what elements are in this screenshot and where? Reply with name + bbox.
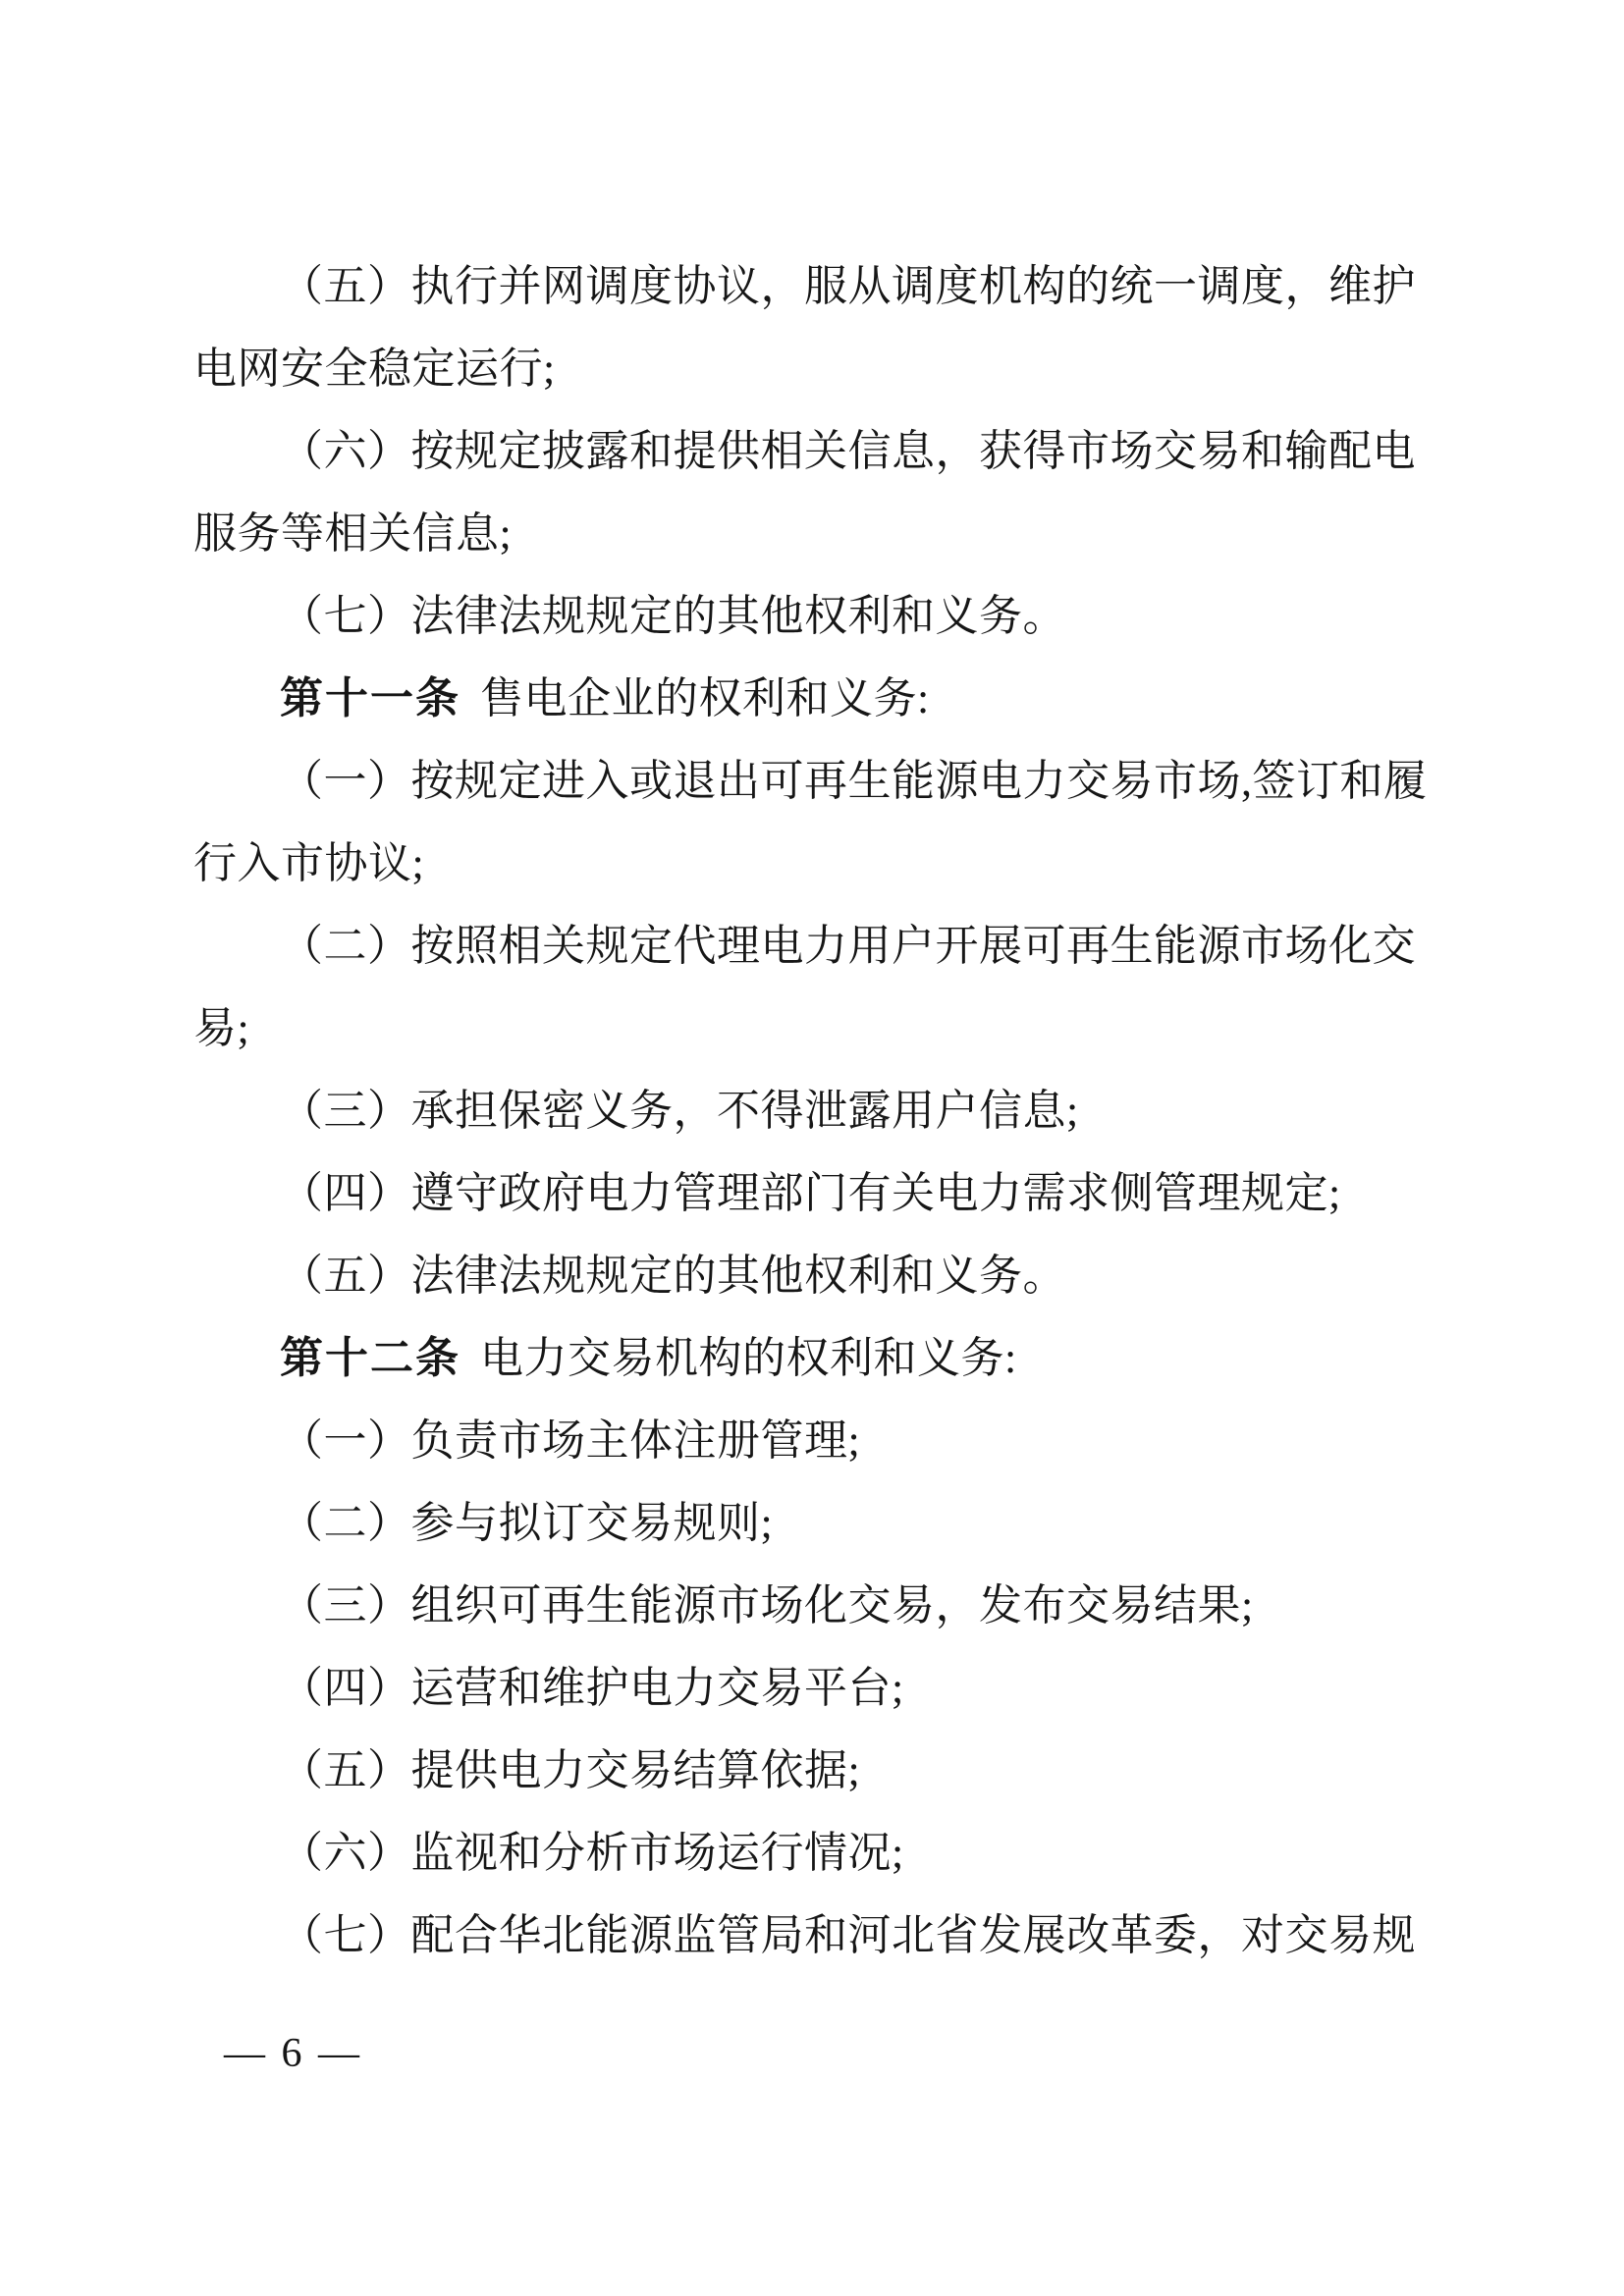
text-line: （六）按规定披露和提供相关信息，获得市场交易和输配电: [193, 410, 1433, 493]
text-line: （二）按照相关规定代理电力用户开展可再生能源市场化交: [193, 905, 1433, 988]
text-line: （五）执行并网调度协议，服从调度机构的统一调度，维护: [193, 245, 1433, 328]
article-number: 第十二条: [280, 1334, 460, 1382]
page-footer: — 6 —: [224, 2024, 362, 2083]
article-heading-line: 第十二条电力交易机构的权利和义务:: [193, 1317, 1433, 1400]
document-page: （五）执行并网调度协议，服从调度机构的统一调度，维护 电网安全稳定运行; （六）…: [0, 0, 1624, 2296]
article-heading-line: 第十一条售电企业的权利和义务:: [193, 658, 1433, 740]
text-line: （五）法律法规规定的其他权利和义务。: [193, 1235, 1433, 1317]
article-heading-text: 售电企业的权利和义务:: [480, 674, 930, 722]
text-line: （六）监视和分析市场运行情况;: [193, 1812, 1433, 1895]
text-line: （四）遵守政府电力管理部门有关电力需求侧管理规定;: [193, 1152, 1433, 1235]
text-line: 服务等相关信息;: [193, 493, 1433, 575]
page-number: — 6 —: [224, 2031, 362, 2076]
article-number: 第十一条: [280, 674, 460, 722]
article-heading-text: 电力交易机构的权利和义务:: [480, 1334, 1017, 1382]
text-line: （二）参与拟订交易规则;: [193, 1482, 1433, 1565]
text-line: 易;: [193, 988, 1433, 1070]
text-line: （七）法律法规规定的其他权利和义务。: [193, 575, 1433, 658]
text-line: （一）按规定进入或退出可再生能源电力交易市场,签订和履: [193, 740, 1433, 823]
document-body: （五）执行并网调度协议，服从调度机构的统一调度，维护 电网安全稳定运行; （六）…: [193, 245, 1433, 1977]
text-line: （五）提供电力交易结算依据;: [193, 1730, 1433, 1812]
text-line: （七）配合华北能源监管局和河北省发展改革委，对交易规: [193, 1895, 1433, 1977]
text-line: （一）负责市场主体注册管理;: [193, 1400, 1433, 1482]
text-line: （三）承担保密义务，不得泄露用户信息;: [193, 1070, 1433, 1152]
text-line: （四）运营和维护电力交易平台;: [193, 1647, 1433, 1730]
text-line: （三）组织可再生能源市场化交易，发布交易结果;: [193, 1565, 1433, 1647]
text-line: 行入市协议;: [193, 823, 1433, 905]
text-line: 电网安全稳定运行;: [193, 328, 1433, 410]
